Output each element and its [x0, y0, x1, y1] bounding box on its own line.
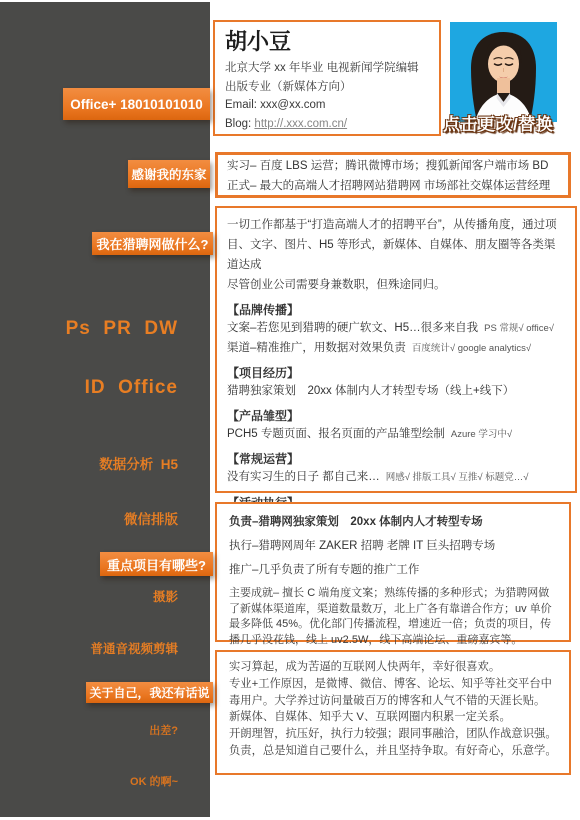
employers-card: 实习– 百度 LBS 运营；腾讯微博市场；搜狐新闻客户端市场 BD 正式– 最大…: [215, 152, 571, 198]
section-row: 猎聘独家策划 20xx 体制内人才转型专场（线上+线下）: [227, 382, 565, 401]
section-title-routine-ops: 【常规运营】: [227, 450, 565, 468]
section-tab-what-i-do: 我在猎聘网做什么?: [92, 232, 213, 255]
project-promotion-line: 推广–几乎负责了所有专题的推广工作: [229, 561, 557, 579]
skills-block: Ps PR DW ID Office 数据分析 H5 微信排版 摄影 普通音视频…: [20, 281, 178, 820]
skill-line-wechat-layout: 微信排版: [20, 510, 178, 529]
what-intro-paragraph-2: 尽管创业公司需要身兼数职，但殊途同归。: [227, 275, 565, 295]
skill-line-av-editing: 普通音视频剪辑: [20, 641, 178, 657]
about-line: 新媒体、自媒体、知乎大 V、互联网圈内积累一定关系。: [229, 709, 557, 726]
row-main: 渠道–精准推广，用数据对效果负责: [227, 342, 406, 354]
email-row: Email: xxx@xx.com: [225, 96, 429, 115]
row-main: 文案–若您见到猎聘的硬广软文、H5…很多来自我: [227, 322, 478, 334]
skill-line-travel-answer: OK 的啊~: [20, 775, 178, 790]
avatar-illustration-icon: [450, 22, 557, 122]
row-note: 百度统计√ google analytics√: [412, 343, 531, 354]
section-row: 渠道–精准推广，用数据对效果负责百度统计√ google analytics√: [227, 339, 565, 359]
project-execution-line: 执行–猎聘网周年 ZAKER 招聘 老牌 IT 巨头招聘专场: [229, 537, 557, 555]
skill-line-photography: 摄影: [20, 589, 178, 605]
section-title-brand: 【品牌传播】: [227, 301, 565, 319]
row-note: PS 常规√ office√: [484, 323, 554, 334]
about-line: 负责，总是知道自己要什么，并且坚持争取。有好奇心，乐意学。: [229, 743, 557, 760]
about-me-card: 实习算起，成为苦逼的互联网人快两年，幸好很喜欢。 专业+工作原因，是微博、微信、…: [215, 650, 571, 775]
row-main: 没有实习生的日子 都自己来…: [227, 471, 380, 483]
section-row: 没有实习生的日子 都自己来…网感√ 排版工具√ 互推√ 标题党…√: [227, 468, 565, 488]
section-tab-about-me: 关于自己，我还有话说: [86, 682, 213, 703]
row-main: PCH5 专题页面、报名页面的产品雏型绘制: [227, 428, 445, 440]
row-main: 猎聘独家策划 20xx 体制内人才转型专场（线上+线下）: [227, 385, 514, 397]
project-achievements-paragraph: 主要成就– 擅长 C 端角度文案；熟练传播的多种形式；为猎聘网做了新媒体渠道库，…: [229, 586, 557, 648]
email-value: xxx@xx.com: [260, 99, 325, 111]
skill-line-design-tools-2: ID Office: [20, 376, 178, 399]
blog-link[interactable]: http://.xxx.com.cn/: [254, 118, 347, 130]
change-photo-button[interactable]: 点击更改/替换: [443, 110, 573, 135]
about-line: 专业+工作原因，是微博、微信、博客、论坛、知乎等社交平台中毒用户。大学养过访问量…: [229, 676, 557, 710]
key-projects-card: 负责–猎聘网独家策划 20xx 体制内人才转型专场 执行–猎聘网周年 ZAKER…: [215, 502, 571, 642]
blog-row: Blog: http://.xxx.com.cn/: [225, 115, 429, 134]
section-row: 文案–若您见到猎聘的硬广软文、H5…很多来自我PS 常规√ office√: [227, 319, 565, 339]
what-intro-paragraph: 一切工作都基于“打造高端人才的招聘平台”，从传播角度，通过项目、文字、图片、H5…: [227, 215, 565, 275]
profile-photo[interactable]: [450, 22, 557, 122]
section-title-prototype: 【产品雏型】: [227, 407, 565, 425]
blog-label: Blog:: [225, 118, 251, 130]
about-line: 实习算起，成为苦逼的互联网人快两年，幸好很喜欢。: [229, 659, 557, 676]
skill-line-data-h5: 数据分析 H5: [20, 455, 178, 474]
skill-line-travel-question: 出差?: [20, 724, 178, 739]
section-tab-employers: 感谢我的东家: [128, 160, 210, 188]
resume-page: Office+ 18010101010 感谢我的东家 我在猎聘网做什么? 重点项…: [0, 0, 580, 820]
employers-fulltime-line: 正式– 最大的高端人才招聘网站猎聘网 市场部社交媒体运营经理: [227, 177, 559, 197]
skill-line-design-tools-1: Ps PR DW: [20, 317, 178, 340]
employers-intern-line: 实习– 百度 LBS 运营；腾讯微博市场；搜狐新闻客户端市场 BD: [227, 157, 559, 177]
row-note: 网感√ 排版工具√ 互推√ 标题党…√: [386, 472, 529, 483]
what-i-do-card: 一切工作都基于“打造高端人才的招聘平台”，从传播角度，通过项目、文字、图片、H5…: [215, 206, 577, 493]
section-tab-key-projects: 重点项目有哪些?: [100, 552, 213, 576]
row-note: Azure 学习中√: [451, 429, 512, 440]
education-line: 北京大学 xx 年毕业 电视新闻学院编辑出版专业（新媒体方向）: [225, 59, 429, 96]
project-lead-line: 负责–猎聘网独家策划 20xx 体制内人才转型专场: [229, 513, 557, 531]
section-title-project-exp: 【项目经历】: [227, 364, 565, 382]
email-label: Email:: [225, 99, 257, 111]
about-line: 开朗理智，抗压好，执行力较强；跟同事融洽，团队作战意识强。: [229, 726, 557, 743]
header-card: 胡小豆 北京大学 xx 年毕业 电视新闻学院编辑出版专业（新媒体方向） Emai…: [213, 20, 441, 136]
candidate-name: 胡小豆: [225, 28, 429, 56]
phone-tab: Office+ 18010101010: [63, 88, 210, 120]
section-row: PCH5 专题页面、报名页面的产品雏型绘制Azure 学习中√: [227, 425, 565, 445]
